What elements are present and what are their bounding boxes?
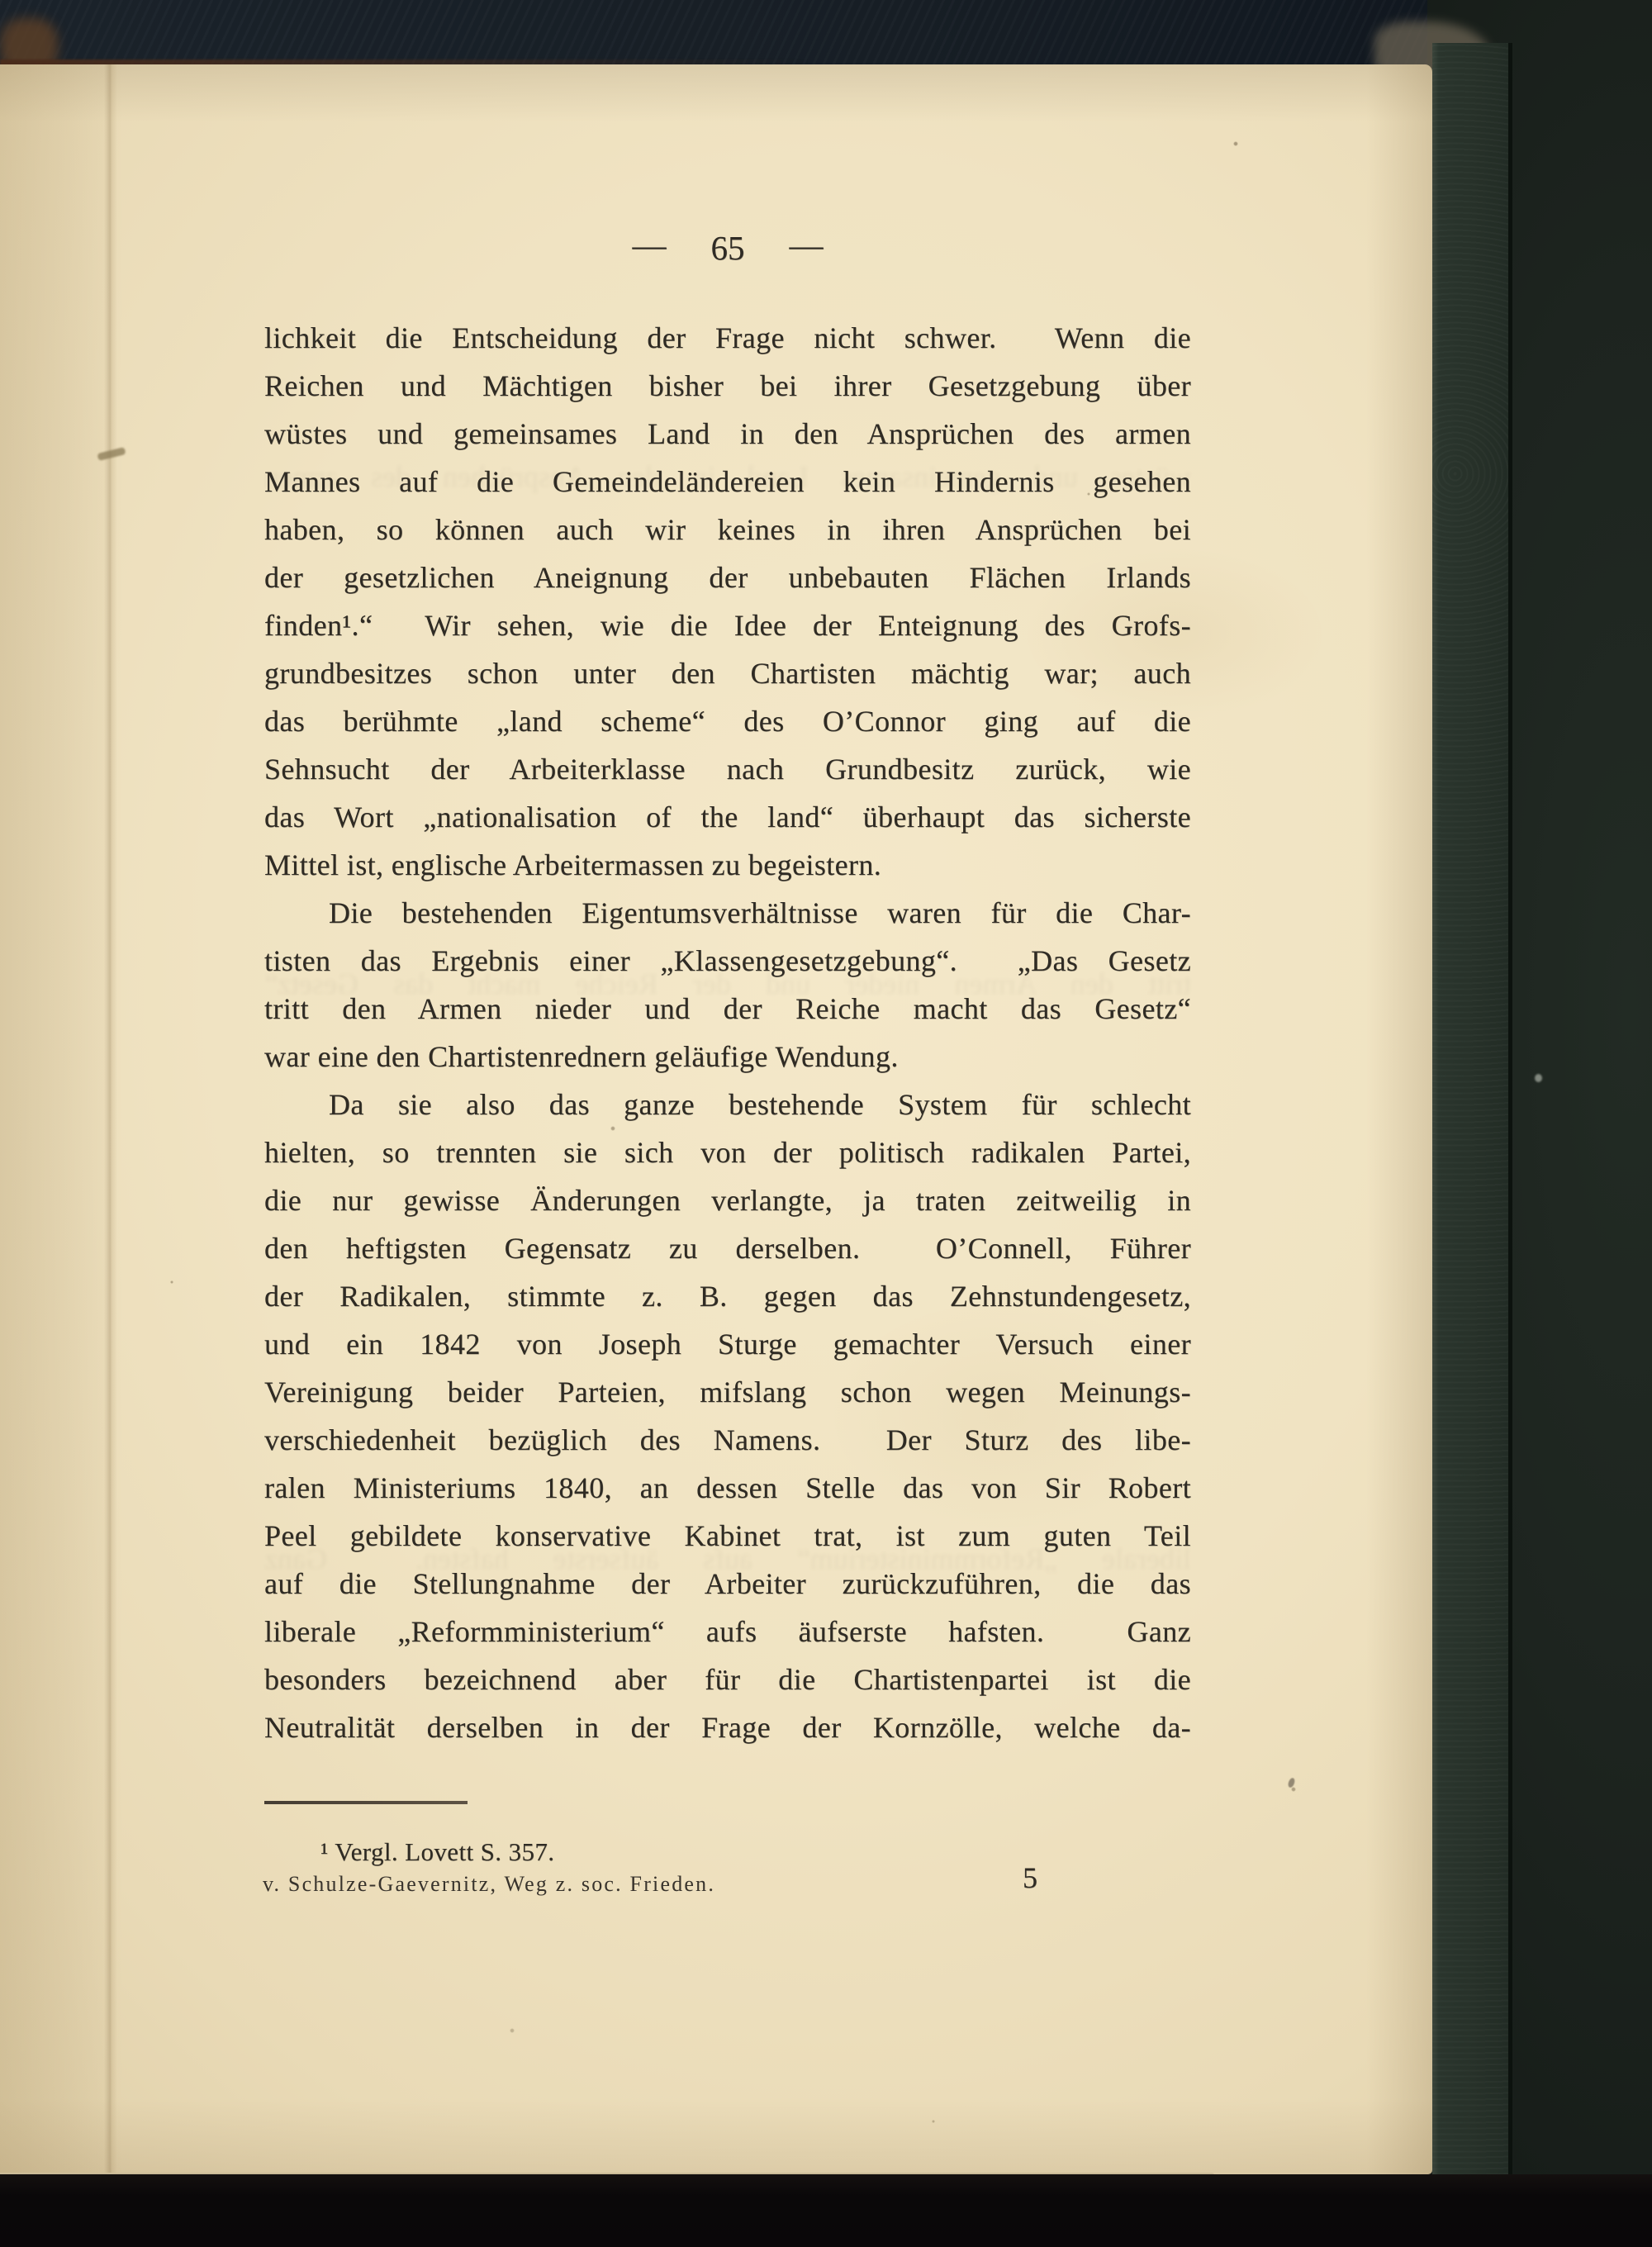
text-line: Die bestehenden Eigentumsverhältnisse wa… bbox=[264, 889, 1191, 937]
text-line: und ein 1842 von Joseph Sturge gemachter… bbox=[264, 1320, 1191, 1368]
text-line: besonders bezeichnend aber für die Chart… bbox=[264, 1656, 1191, 1703]
text-line: wüstes und gemeinsames Land in den Anspr… bbox=[264, 410, 1191, 458]
scanned-book-page-photo: wüstes und gemeinsames Land in den Anspr… bbox=[0, 0, 1652, 2247]
text-line: tisten das Ergebnis einer „Klassengesetz… bbox=[264, 937, 1191, 985]
text-line: lichkeit die Entscheidung der Frage nich… bbox=[264, 314, 1191, 362]
text-line: der Radikalen, stimmte z. B. gegen das Z… bbox=[264, 1272, 1191, 1320]
text-line: der gesetzlichen Aneignung der unbebaute… bbox=[264, 553, 1191, 601]
body-text: lichkeit die Entscheidung der Frage nich… bbox=[264, 314, 1191, 1751]
text-line: Vereinigung beider Parteien, mifslang sc… bbox=[264, 1368, 1191, 1416]
printer-signature: v. Schulze-Gaevernitz, Weg z. soc. Fried… bbox=[263, 1872, 715, 1897]
text-line: den heftigsten Gegensatz zu derselben. O… bbox=[264, 1224, 1191, 1272]
text-line: die nur gewisse Änderungen verlangte, ja… bbox=[264, 1176, 1191, 1224]
text-line: tritt den Armen nieder und der Reiche ma… bbox=[264, 985, 1191, 1033]
text-line: Mannes auf die Gemeindeländereien kein H… bbox=[264, 458, 1191, 506]
book-cover-edge bbox=[1432, 43, 1512, 2197]
footnote-separator bbox=[264, 1801, 468, 1804]
text-line: Mittel ist, englische Arbeitermassen zu … bbox=[264, 841, 1191, 889]
sheet-number: 5 bbox=[1023, 1860, 1037, 1895]
text-line: ralen Ministeriums 1840, an dessen Stell… bbox=[264, 1464, 1191, 1512]
header-dash-left: — bbox=[633, 225, 667, 264]
text-line: liberale „Reformministerium“ aufs äufser… bbox=[264, 1608, 1191, 1656]
text-line: haben, so können auch wir keines in ihre… bbox=[264, 506, 1191, 553]
text-line: Neutralität derselben in der Frage der K… bbox=[264, 1703, 1191, 1751]
text-line: das berühmte „land scheme“ des O’Connor … bbox=[264, 697, 1191, 745]
text-line: verschiedenheit bezüglich des Namens. De… bbox=[264, 1416, 1191, 1464]
text-line: das Wort „nationalisation of the land“ ü… bbox=[264, 793, 1191, 841]
text-line: Reichen und Mächtigen bisher bei ihrer G… bbox=[264, 362, 1191, 410]
text-line: finden¹.“ Wir sehen, wie die Idee der En… bbox=[264, 601, 1191, 649]
footnote: ¹ Vergl. Lovett S. 357. bbox=[320, 1837, 554, 1867]
header-dash-right: — bbox=[790, 225, 824, 264]
dust-speck bbox=[1535, 1074, 1542, 1082]
text-line: war eine den Chartistenrednern geläufige… bbox=[264, 1033, 1191, 1081]
background-bottom-band bbox=[0, 2174, 1652, 2247]
page-number: 65 bbox=[711, 228, 745, 268]
page-header: — 65 — bbox=[264, 228, 1191, 268]
text-line: grundbesitzes schon unter den Chartisten… bbox=[264, 649, 1191, 697]
text-line: Da sie also das ganze bestehende System … bbox=[264, 1081, 1191, 1128]
text-line: Sehnsucht der Arbeiterklasse nach Grundb… bbox=[264, 745, 1191, 793]
text-line: Peel gebildete konservative Kabinet trat… bbox=[264, 1512, 1191, 1560]
text-line: auf die Stellungnahme der Arbeiter zurüc… bbox=[264, 1560, 1191, 1608]
text-line: hielten, so trennten sie sich von der po… bbox=[264, 1128, 1191, 1176]
